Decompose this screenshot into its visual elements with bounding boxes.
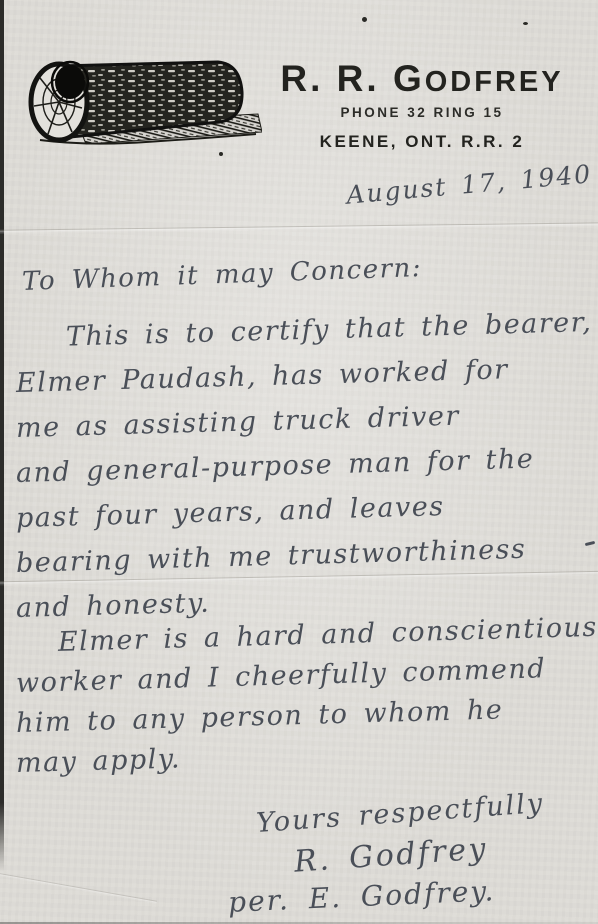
letterhead-address: KEENE, ONT. R.R. 2 xyxy=(262,132,582,152)
signature-per: per. E. Godfrey. xyxy=(227,874,495,919)
closing-valediction: Yours respectfully xyxy=(255,788,545,839)
paragraph-2: Elmer is a hard and conscientious worker… xyxy=(16,624,598,784)
fold-crease-corner xyxy=(0,871,157,903)
letterhead-name: R. R. GODFREY xyxy=(262,58,582,100)
log-woodcut-illustration xyxy=(26,58,262,155)
scan-edge-left xyxy=(0,0,4,872)
letterhead-name-main: R. R. G xyxy=(280,58,424,99)
scan-speck xyxy=(523,22,528,25)
salutation: To Whom it may Concern: xyxy=(22,253,423,297)
scan-speck xyxy=(362,17,367,22)
date-handwritten: August 17, 1940 xyxy=(345,159,593,209)
letterhead-name-small: ODFREY xyxy=(425,66,564,98)
letter-document: R. R. GODFREY PHONE 32 RING 15 KEENE, ON… xyxy=(0,0,598,924)
letterhead-text: R. R. GODFREY PHONE 32 RING 15 KEENE, ON… xyxy=(262,46,582,152)
log-icon xyxy=(26,58,262,150)
paragraph-1: This is to certify that the bearer, Elme… xyxy=(16,316,592,631)
letterhead-phone: PHONE 32 RING 15 xyxy=(262,105,582,120)
fold-crease-top xyxy=(0,222,598,234)
letterhead: R. R. GODFREY PHONE 32 RING 15 KEENE, ON… xyxy=(26,46,582,155)
signature: R. Godfrey xyxy=(293,831,489,879)
